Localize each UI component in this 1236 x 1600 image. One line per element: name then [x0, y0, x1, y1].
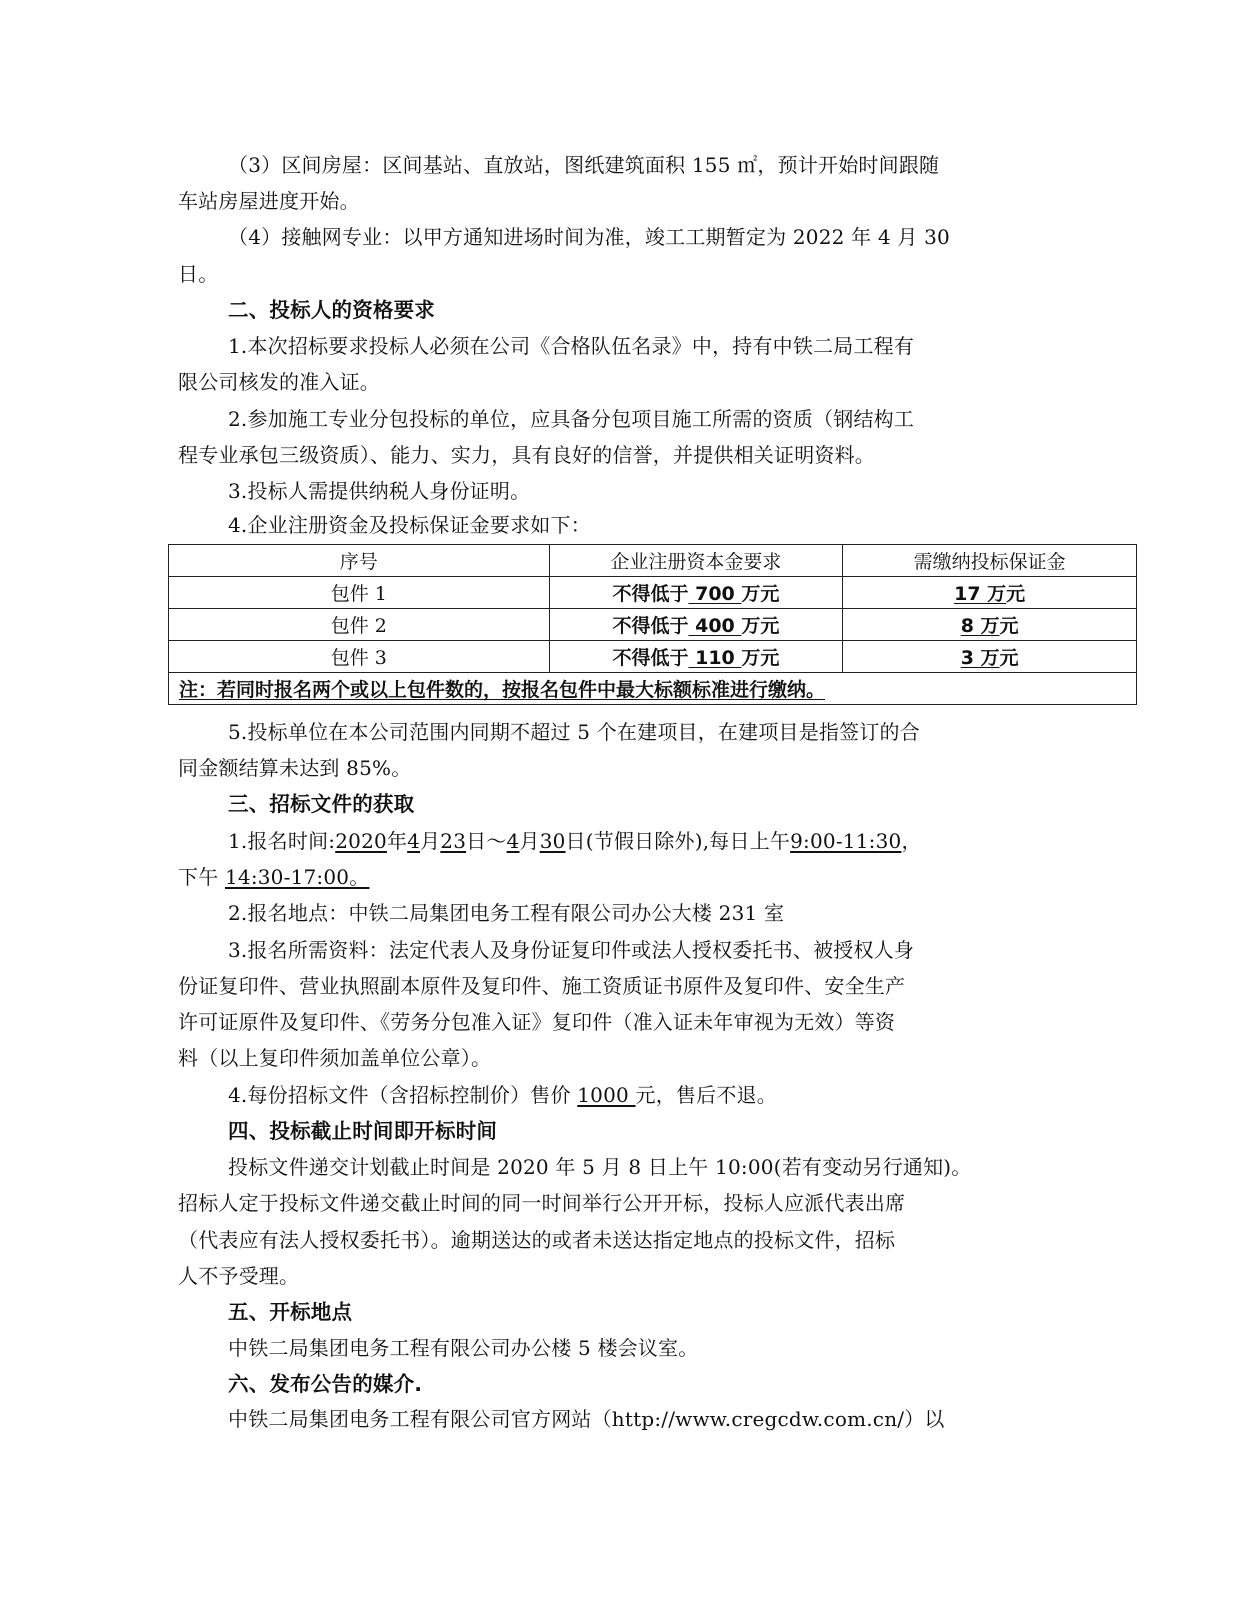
paragraph-line: 料（以上复印件须加盖单位公章）。 [178, 1046, 1038, 1070]
table-row: 包件 2 不得低于 400 万元 8 万元 [169, 609, 1137, 641]
deposit-cell: 8 万元 [843, 609, 1137, 641]
section-heading-qualifications: 二、投标人的资格要求 [228, 298, 1088, 322]
section-heading-opening-location: 五、开标地点 [228, 1300, 1088, 1324]
paragraph-line: 2.参加施工专业分包投标的单位，应具备分包项目施工所需的资质（钢结构工 [228, 407, 1088, 431]
paragraph-line: 2.报名地点：中铁二局集团电务工程有限公司办公大楼 231 室 [228, 901, 1088, 925]
registration-time-line: 1.报名时间:2020年4月23日～4月30日(节假日除外),每日上午9:00-… [228, 829, 1088, 853]
table-row: 包件 3 不得低于 110 万元 3 万元 [169, 641, 1137, 673]
paragraph-line: 招标人定于投标文件递交截止时间的同一时间举行公开开标，投标人应派代表出席 [178, 1191, 1038, 1215]
paragraph-line: 中铁二局集团电务工程有限公司官方网站（http://www.cregcdw.co… [228, 1407, 1088, 1431]
paragraph-line: 限公司核发的准入证。 [178, 370, 1038, 394]
document-page: （3）区间房屋：区间基站、直放站，图纸建筑面积 155 ㎡，预计开始时间跟随 车… [0, 0, 1236, 1600]
paragraph-line: 车站房屋进度开始。 [178, 189, 1038, 213]
paragraph-line: 3.投标人需提供纳税人身份证明。 [228, 479, 1088, 503]
paragraph-line: （3）区间房屋：区间基站、直放站，图纸建筑面积 155 ㎡，预计开始时间跟随 [228, 153, 1088, 177]
section-heading-media: 六、发布公告的媒介. [228, 1372, 1088, 1396]
deposit-cell: 3 万元 [843, 641, 1137, 673]
table-header-cell: 企业注册资本金要求 [549, 545, 843, 577]
paragraph-line: 3.报名所需资料：法定代表人及身份证复印件或法人授权委托书、被授权人身 [228, 938, 1088, 962]
table-header-row: 序号 企业注册资本金要求 需缴纳投标保证金 [169, 545, 1137, 577]
section-heading-documents: 三、招标文件的获取 [228, 792, 1088, 816]
deposit-cell: 17 万元 [843, 577, 1137, 609]
section-heading-deadline: 四、投标截止时间即开标时间 [228, 1119, 1088, 1143]
table-row: 包件 1 不得低于 700 万元 17 万元 [169, 577, 1137, 609]
table-note-row: 注：若同时报名两个或以上包件数的，按报名包件中最大标额标准进行缴纳。 [169, 673, 1137, 705]
paragraph-line: 中铁二局集团电务工程有限公司办公楼 5 楼会议室。 [228, 1336, 1088, 1360]
paragraph-line: 日。 [178, 262, 1038, 286]
paragraph-line: （代表应有法人授权委托书）。逾期送达的或者未送达指定地点的投标文件，招标 [178, 1228, 1038, 1252]
paragraph-line: 4.企业注册资金及投标保证金要求如下： [228, 513, 1088, 537]
paragraph-line: 投标文件递交计划截止时间是 2020 年 5 月 8 日上午 10:00(若有变… [228, 1155, 1088, 1179]
table-header-cell: 序号 [169, 545, 550, 577]
paragraph-line: 1.本次招标要求投标人必须在公司《合格队伍名录》中，持有中铁二局工程有 [228, 334, 1088, 358]
package-cell: 包件 1 [169, 577, 550, 609]
paragraph-line: 人不予受理。 [178, 1264, 1038, 1288]
capital-cell: 不得低于 400 万元 [549, 609, 843, 641]
package-cell: 包件 2 [169, 609, 550, 641]
table-header-cell: 需缴纳投标保证金 [843, 545, 1137, 577]
registration-time-line-2: 下午 14:30-17:00。 [178, 865, 1038, 889]
paragraph-line: 5.投标单位在本公司范围内同期不超过 5 个在建项目，在建项目是指签订的合 [228, 720, 1088, 744]
table-note: 注：若同时报名两个或以上包件数的，按报名包件中最大标额标准进行缴纳。 [169, 673, 1137, 705]
package-cell: 包件 3 [169, 641, 550, 673]
paragraph-line: 程专业承包三级资质）、能力、实力，具有良好的信誉，并提供相关证明资料。 [178, 443, 1038, 467]
paragraph-line: 份证复印件、营业执照副本原件及复印件、施工资质证书原件及复印件、安全生产 [178, 974, 1038, 998]
price-line: 4.每份招标文件（含招标控制价）售价 1000 元，售后不退。 [228, 1083, 1088, 1107]
paragraph-line: 同金额结算未达到 85%。 [178, 756, 1038, 780]
capital-cell: 不得低于 700 万元 [549, 577, 843, 609]
paragraph-line: 许可证原件及复印件、《劳务分包准入证》复印件（准入证未年审视为无效）等资 [178, 1010, 1038, 1034]
requirements-table: 序号 企业注册资本金要求 需缴纳投标保证金 包件 1 不得低于 700 万元 1… [168, 544, 1137, 705]
paragraph-line: （4）接触网专业：以甲方通知进场时间为准，竣工工期暂定为 2022 年 4 月 … [228, 225, 1088, 249]
capital-cell: 不得低于 110 万元 [549, 641, 843, 673]
